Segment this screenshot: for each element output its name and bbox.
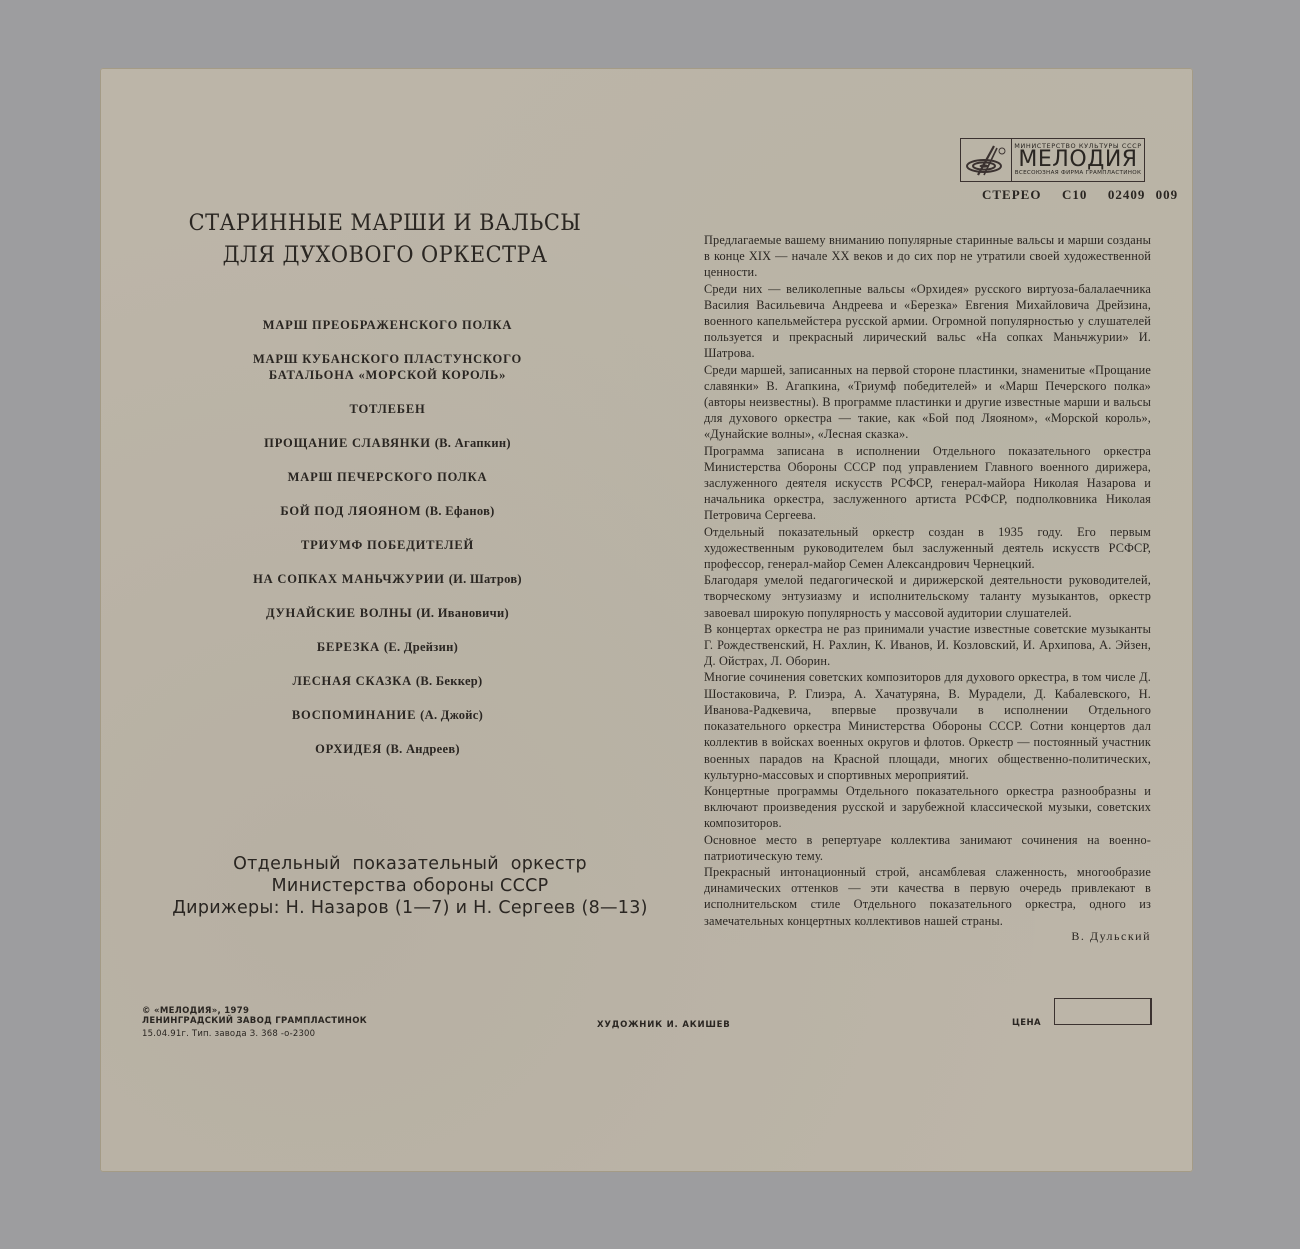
notes-paragraph: Отдельный показательный оркестр создан в… [704, 524, 1151, 573]
notes-paragraph: Многие сочинения советских композиторов … [704, 669, 1151, 782]
performer-credits: Отдельный показательный оркестр Министер… [140, 853, 680, 919]
notes-paragraph: Концертные программы Отдельного показате… [704, 783, 1151, 832]
track-author: (И. Ивановичи) [416, 606, 509, 620]
track-title: ТРИУМФ ПОБЕДИТЕЛЕЙ [301, 538, 474, 552]
album-title-line2: ДЛЯ ДУХОВОГО ОРКЕСТРА [176, 239, 595, 271]
track-item: ДУНАЙСКИЕ ВОЛНЫ (И. Ивановичи) [210, 606, 565, 622]
notes-author: В. Дульский [951, 929, 1151, 944]
track-author: (А. Джойс) [420, 708, 483, 722]
melodiya-logo-icon [961, 139, 1012, 181]
track-title: ВОСПОМИНАНИЕ [292, 708, 416, 722]
conductors: Дирижеры: Н. Назаров (1—7) и Н. Сергеев … [140, 897, 680, 919]
track-author: (В. Ефанов) [425, 504, 494, 518]
price-label: ЦЕНА [1012, 1018, 1041, 1028]
brand-name: МЕЛОДИЯ [1012, 150, 1144, 170]
liner-notes: Предлагаемые вашему вниманию популярные … [704, 232, 1151, 929]
notes-paragraph: Среди них — великолепные вальсы «Орхидея… [704, 281, 1151, 362]
orchestra-ministry: Министерства обороны СССР [140, 875, 680, 897]
track-title: МАРШ КУБАНСКОГО ПЛАСТУНСКОГО БАТАЛЬОНА «… [253, 352, 522, 382]
notes-paragraph: Среди маршей, записанных на первой сторо… [704, 362, 1151, 443]
melodiya-label-block: МИНИСТЕРСТВО КУЛЬТУРЫ СССР МЕЛОДИЯ ВСЕСО… [960, 138, 1145, 182]
track-title: ОРХИДЕЯ [315, 742, 382, 756]
print-info: 15.04.91г. Тип. завода З. 368 -о-2300 [142, 1029, 367, 1039]
brand-subtitle: ВСЕСОЮЗНАЯ ФИРМА ГРАМПЛАСТИНОК [1012, 170, 1144, 176]
track-title: БОЙ ПОД ЛЯОЯНОМ [280, 504, 421, 518]
notes-paragraph: Предлагаемые вашему вниманию популярные … [704, 232, 1151, 281]
cover-artist: ХУДОЖНИК И. АКИШЕВ [597, 1020, 731, 1030]
track-item: БЕРЕЗКА (Е. Дрейзин) [210, 640, 565, 656]
notes-paragraph: В концертах оркестра не раз принимали уч… [704, 621, 1151, 670]
album-title: СТАРИННЫЕ МАРШИ И ВАЛЬСЫ ДЛЯ ДУХОВОГО ОР… [176, 207, 595, 271]
track-title: БЕРЕЗКА [317, 640, 380, 654]
notes-paragraph: Прекрасный интонационный строй, ансамбле… [704, 864, 1151, 929]
track-item: ВОСПОМИНАНИЕ (А. Джойс) [210, 708, 565, 724]
track-title: ПРОЩАНИЕ СЛАВЯНКИ [264, 436, 431, 450]
track-item: ТРИУМФ ПОБЕДИТЕЛЕЙ [210, 538, 565, 554]
album-title-line1: СТАРИННЫЕ МАРШИ И ВАЛЬСЫ [176, 207, 595, 239]
track-item: МАРШ ПРЕОБРАЖЕНСКОГО ПОЛКА [210, 318, 565, 334]
track-title: МАРШ ПЕЧЕРСКОГО ПОЛКА [288, 470, 488, 484]
track-list: МАРШ ПРЕОБРАЖЕНСКОГО ПОЛКАМАРШ КУБАНСКОГ… [210, 318, 565, 776]
track-item: НА СОПКАХ МАНЬЧЖУРИИ (И. Шатров) [210, 572, 565, 588]
track-item: ОРХИДЕЯ (В. Андреев) [210, 742, 565, 758]
track-item: МАРШ ПЕЧЕРСКОГО ПОЛКА [210, 470, 565, 486]
track-author: (В. Андреев) [386, 742, 460, 756]
orchestra-name: Отдельный показательный оркестр [140, 853, 680, 875]
track-item: ПРОЩАНИЕ СЛАВЯНКИ (В. Агапкин) [210, 436, 565, 452]
pressing-plant: ЛЕНИНГРАДСКИЙ ЗАВОД ГРАМПЛАСТИНОК [142, 1016, 367, 1026]
notes-paragraph: Основное место в репертуаре коллектива з… [704, 832, 1151, 864]
track-item: БОЙ ПОД ЛЯОЯНОМ (В. Ефанов) [210, 504, 565, 520]
track-title: ДУНАЙСКИЕ ВОЛНЫ [266, 606, 412, 620]
track-item: МАРШ КУБАНСКОГО ПЛАСТУНСКОГО БАТАЛЬОНА «… [210, 352, 565, 383]
track-item: ТОТЛЕБЕН [210, 402, 565, 418]
track-title: НА СОПКАХ МАНЬЧЖУРИИ [253, 572, 445, 586]
track-title: МАРШ ПРЕОБРАЖЕНСКОГО ПОЛКА [263, 318, 513, 332]
track-author: (И. Шатров) [449, 572, 522, 586]
track-author: (В. Агапкин) [435, 436, 511, 450]
record-sleeve-back: МИНИСТЕРСТВО КУЛЬТУРЫ СССР МЕЛОДИЯ ВСЕСО… [100, 68, 1193, 1172]
copyright: © «МЕЛОДИЯ», 1979 [142, 1006, 367, 1016]
track-title: ТОТЛЕБЕН [350, 402, 426, 416]
track-title: ЛЕСНАЯ СКАЗКА [292, 674, 411, 688]
price-box [1054, 998, 1152, 1025]
notes-paragraph: Программа записана в исполнении Отдельно… [704, 443, 1151, 524]
track-author: (В. Беккер) [416, 674, 483, 688]
notes-paragraph: Благодаря умелой педагогической и дириже… [704, 572, 1151, 621]
track-item: ЛЕСНАЯ СКАЗКА (В. Беккер) [210, 674, 565, 690]
catalog-number: СТЕРЕО С10 02409 009 [982, 187, 1178, 203]
publisher-info: © «МЕЛОДИЯ», 1979 ЛЕНИНГРАДСКИЙ ЗАВОД ГР… [142, 1006, 367, 1039]
track-author: (Е. Дрейзин) [384, 640, 458, 654]
